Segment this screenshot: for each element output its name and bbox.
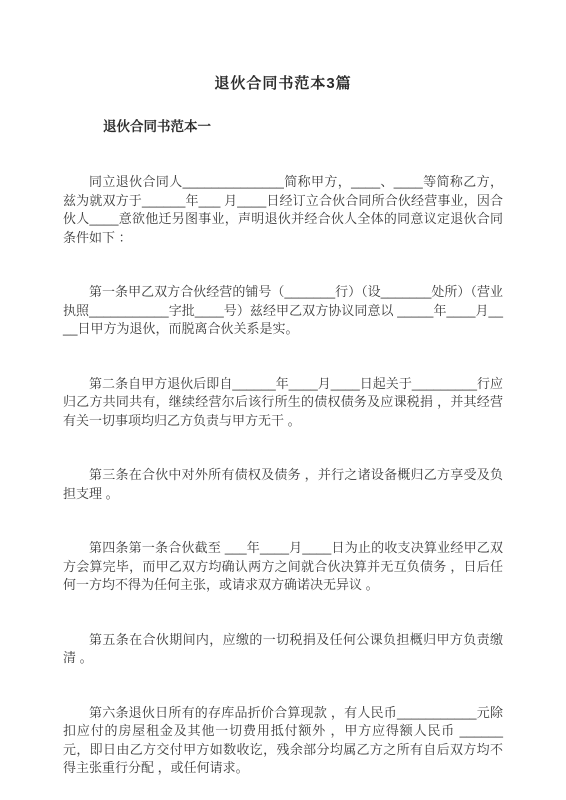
section-heading: 退伙合同书范本一	[103, 115, 566, 135]
contract-clause-4: 第四条第一条合伙截至 ___年____月____日为止的收支决算业经甲乙双方会算…	[63, 539, 503, 595]
contract-clause-6: 第六条退伙日所有的存库品折价合算现款 ，有人民币___________元除扣应付…	[63, 704, 503, 778]
contract-clause-1: 第一条甲乙双方合伙经营的铺号（_______行）（设_______处所）（营业执…	[63, 283, 503, 339]
contract-intro-paragraph: 同立退伙合同人______________简称甲方，____、____等简称乙方…	[63, 173, 503, 247]
document-body: 同立退伙合同人______________简称甲方，____、____等简称乙方…	[63, 173, 503, 778]
contract-clause-3: 第三条在合伙中对外所有债权及债务 ，并行之诸设备概归乙方享受及负担支理 。	[63, 466, 503, 503]
document-page: 退伙合同书范本3篇 退伙合同书范本一 同立退伙合同人______________…	[0, 0, 566, 800]
contract-clause-2: 第二条自甲方退伙后即自______年____月____日起关于_________…	[63, 375, 503, 431]
contract-clause-5: 第五条在合伙期间内，应缴的一切税捐及任何公课负担概归甲方负责缴清 。	[63, 631, 503, 668]
document-title: 退伙合同书范本3篇	[0, 72, 566, 93]
